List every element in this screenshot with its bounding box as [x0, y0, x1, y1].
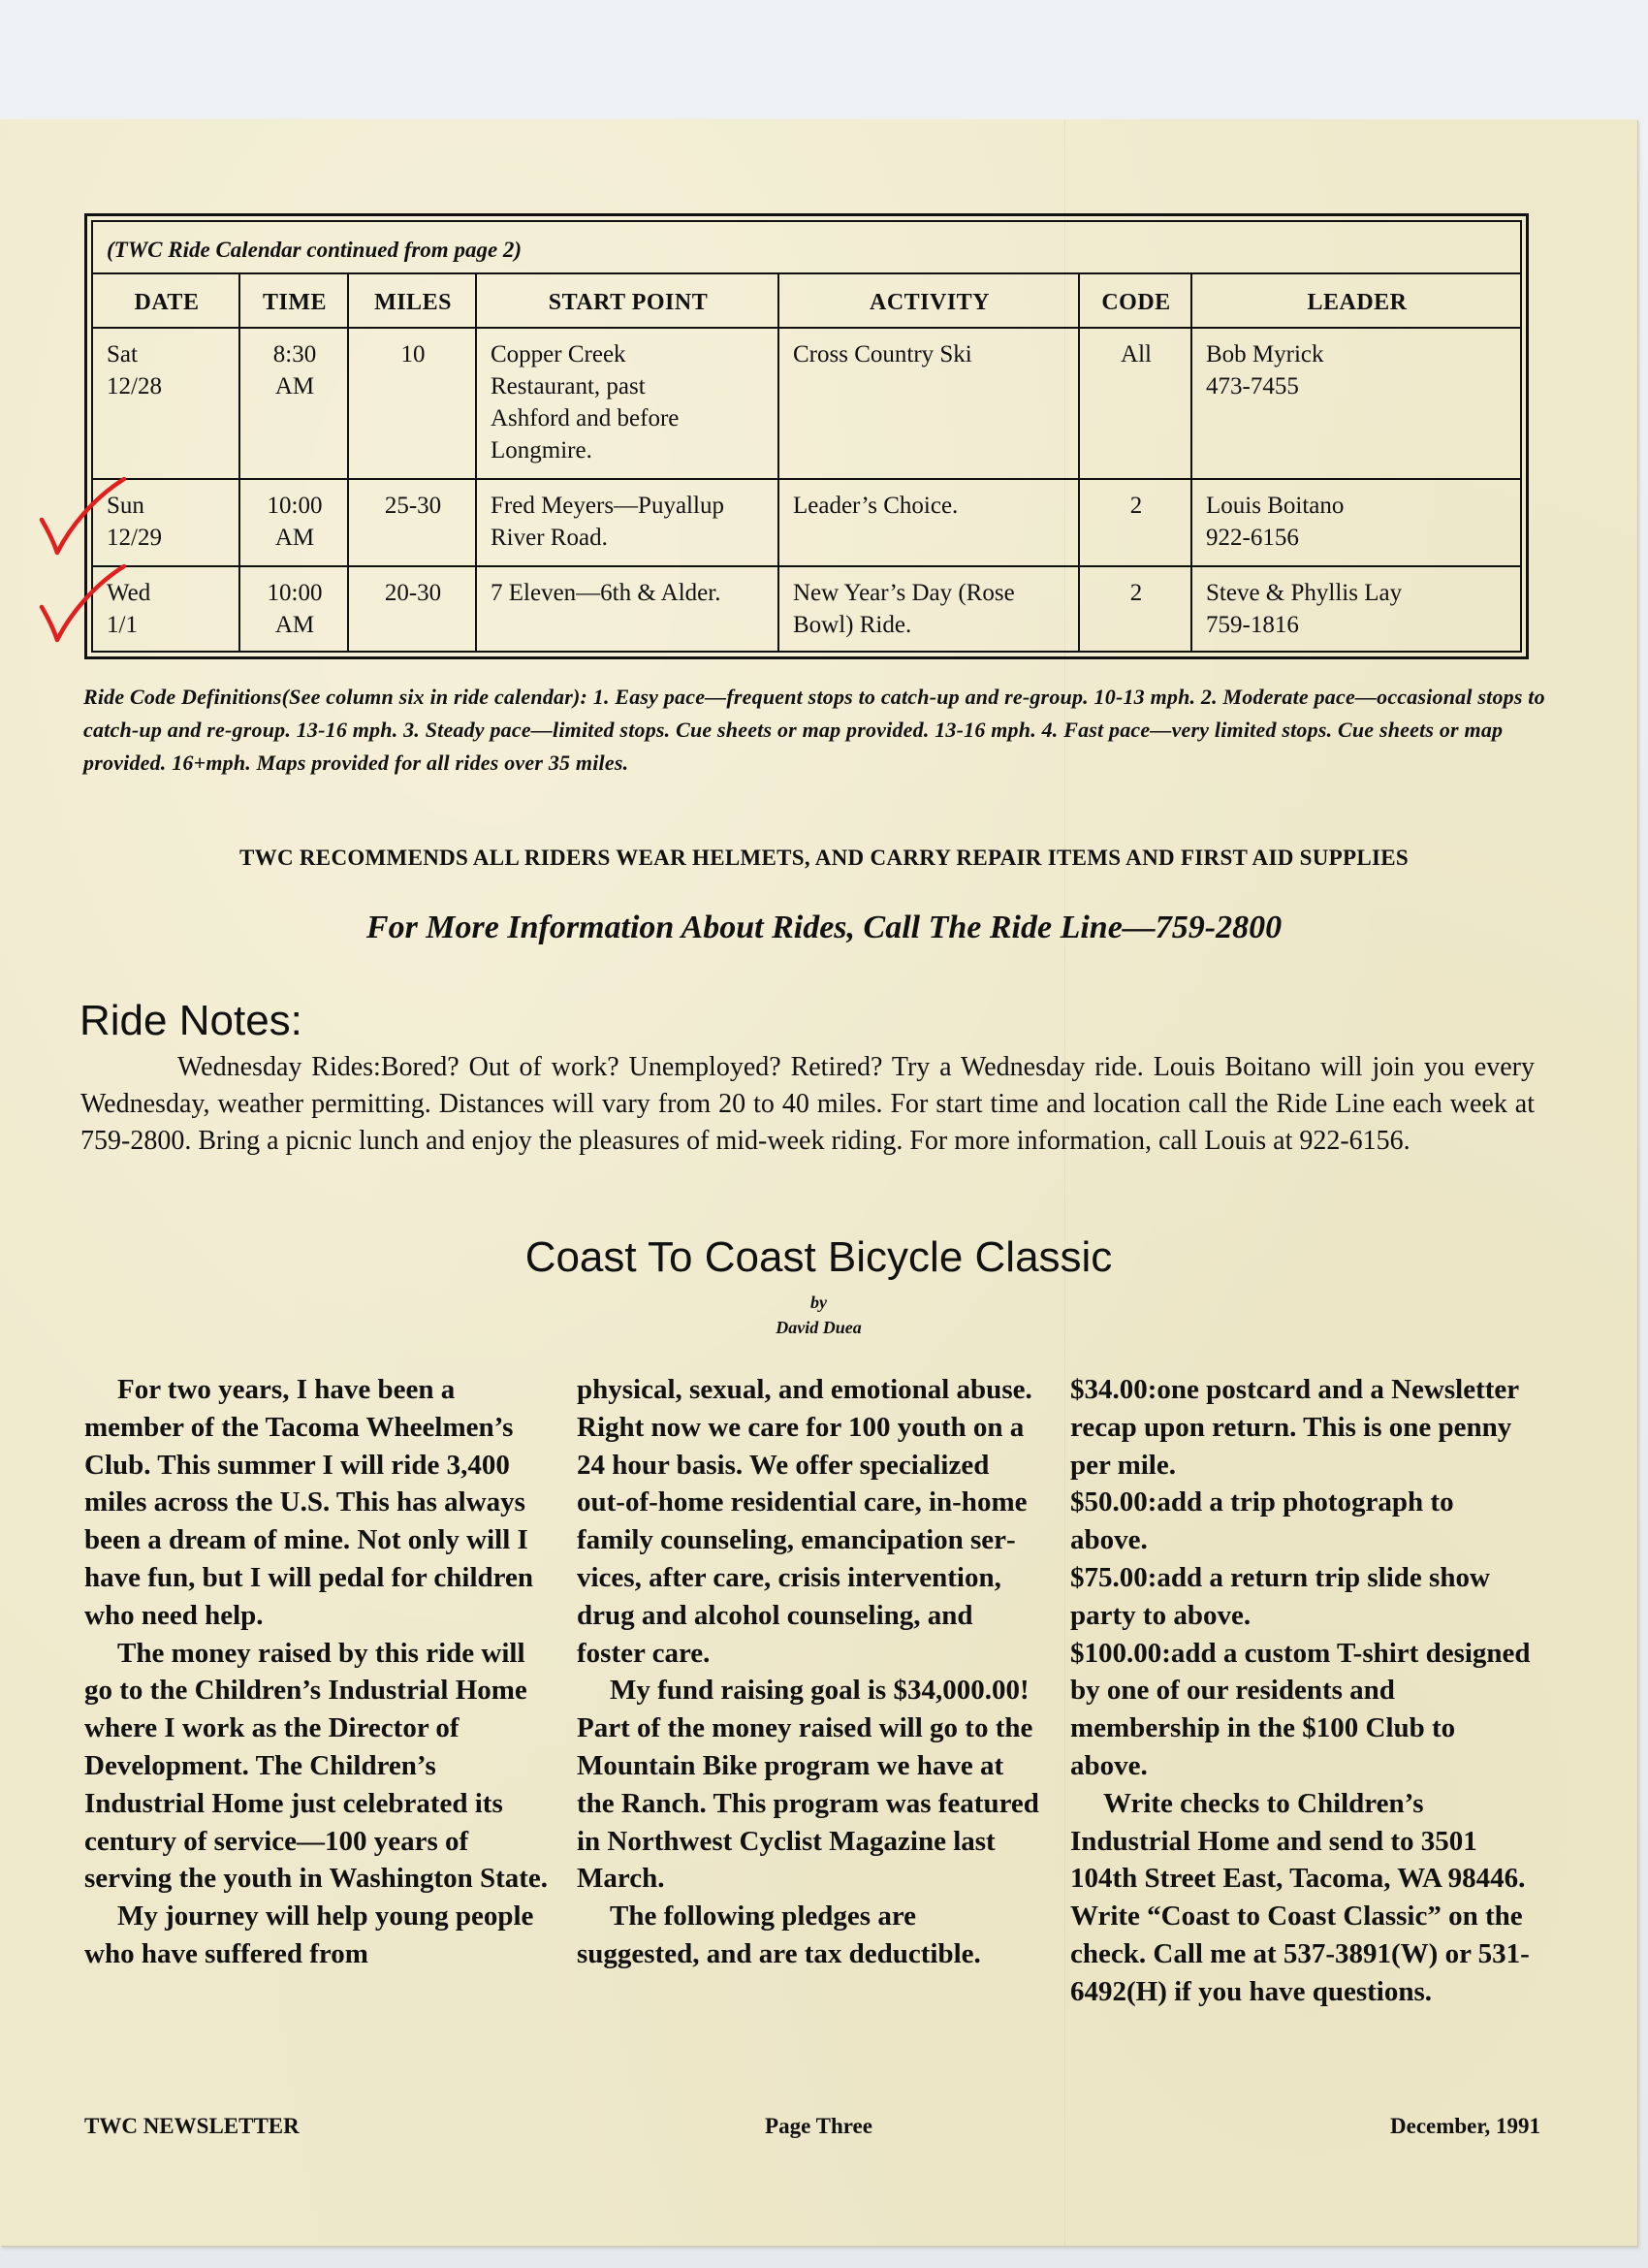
article-byline: by David Duea [0, 1290, 1637, 1340]
cell-start-point: Fred Meyers—PuyallupRiver Road. [476, 479, 778, 566]
cell-line: 8:30 [254, 338, 335, 370]
column-header-time: TIME [239, 273, 348, 328]
table-row: Sat12/288:30AM10Copper CreekRestaurant, … [92, 328, 1521, 478]
column-header-miles: MILES [348, 273, 476, 328]
ride-line-info: For More Information About Rides, Call T… [58, 910, 1590, 946]
table-row: Wed1/110:00AM20-307 Eleven—6th & Alder.N… [92, 566, 1521, 652]
column-header-start-point: START POINT [476, 273, 778, 328]
article-paragraph: My journey will help young people who ha… [84, 1898, 550, 1973]
cell-line: New Year’s Day (Rose [793, 577, 1066, 609]
cell-line: Bob Myrick [1206, 338, 1508, 370]
table-row: Sun12/2910:00AM25-30Fred Meyers—Puyallup… [92, 479, 1521, 566]
cell-miles: 25-30 [348, 479, 476, 566]
cell-line: Leader’s Choice. [793, 490, 1066, 522]
cell-line: 10:00 [254, 490, 335, 522]
cell-line: 473-7455 [1206, 370, 1508, 402]
cell-line: Fred Meyers—Puyallup [491, 490, 766, 522]
cell-code: All [1079, 328, 1191, 478]
cell-line: Ashford and before [491, 402, 766, 434]
column-header-date: DATE [92, 273, 239, 328]
article-column-1: For two years, I have been a member of t… [84, 1371, 550, 1973]
article-paragraph: My fund raising goal is $34,000.00! Part… [577, 1672, 1042, 1898]
cell-time: 10:00AM [239, 566, 348, 652]
column-header-code: CODE [1079, 273, 1191, 328]
article-paragraph: physical, sexual, and emotional abuse. R… [577, 1371, 1042, 1672]
cell-code: 2 [1079, 566, 1191, 652]
cell-start-point: Copper CreekRestaurant, pastAshford and … [476, 328, 778, 478]
safety-recommendation: TWC RECOMMENDS ALL RIDERS WEAR HELMETS, … [58, 846, 1590, 871]
article-paragraph: The following pledges are suggested, and… [577, 1898, 1042, 1973]
cell-leader: Steve & Phyllis Lay759-1816 [1191, 566, 1521, 652]
article-column-3: $34.00:one postcard and a Newsletter rec… [1070, 1371, 1536, 2011]
handwritten-check-icon [39, 564, 126, 644]
column-header-activity: ACTIVITY [778, 273, 1079, 328]
cell-time: 10:00AM [239, 479, 348, 566]
article-paragraph: For two years, I have been a member of t… [84, 1371, 550, 1635]
cell-line: Louis Boitano [1206, 490, 1508, 522]
cell-line: 922-6156 [1206, 522, 1508, 554]
article-column-2: physical, sexual, and emotional abuse. R… [577, 1371, 1042, 1973]
byline-by: by [0, 1290, 1637, 1315]
cell-miles: 10 [348, 328, 476, 478]
article-paragraph: The money raised by this ride will go to… [84, 1635, 550, 1899]
table-header-row: DATETIMEMILESSTART POINTACTIVITYCODELEAD… [92, 273, 1521, 328]
article-paragraph: $34.00:one postcard and a Newsletter rec… [1070, 1371, 1536, 1484]
ride-code-definitions: Ride Code Definitions(See column six in … [83, 681, 1547, 780]
cell-line: Longmire. [491, 434, 766, 466]
footer-date: December, 1991 [1390, 2114, 1540, 2139]
byline-author: David Duea [0, 1315, 1637, 1340]
cell-time: 8:30AM [239, 328, 348, 478]
column-header-leader: LEADER [1191, 273, 1521, 328]
cell-line: Sat [107, 338, 227, 370]
article-title: Coast To Coast Bicycle Classic [0, 1233, 1637, 1282]
cell-leader: Louis Boitano922-6156 [1191, 479, 1521, 566]
article-paragraph: $75.00:add a return trip slide show part… [1070, 1559, 1536, 1635]
calendar-caption: (TWC Ride Calendar continued from page 2… [92, 221, 1521, 273]
cell-line: 7 Eleven—6th & Alder. [491, 577, 766, 609]
cell-line: Restaurant, past [491, 370, 766, 402]
cell-line: Steve & Phyllis Lay [1206, 577, 1508, 609]
cell-leader: Bob Myrick473-7455 [1191, 328, 1521, 478]
cell-activity: Leader’s Choice. [778, 479, 1079, 566]
ride-calendar-table: (TWC Ride Calendar continued from page 2… [84, 213, 1529, 659]
article-paragraph: $100.00:add a custom T-shirt designed by… [1070, 1635, 1536, 1785]
article-paragraph: $50.00:add a trip photograph to above. [1070, 1484, 1536, 1559]
cell-activity: Cross Country Ski [778, 328, 1079, 478]
cell-line: 12/28 [107, 370, 227, 402]
cell-line: AM [254, 522, 335, 554]
ride-notes-heading: Ride Notes: [79, 997, 302, 1045]
ride-notes-body: Wednesday Rides:Bored? Out of work? Unem… [80, 1049, 1535, 1160]
cell-line: Copper Creek [491, 338, 766, 370]
cell-code: 2 [1079, 479, 1191, 566]
handwritten-check-icon [39, 477, 126, 557]
cell-start-point: 7 Eleven—6th & Alder. [476, 566, 778, 652]
cell-activity: New Year’s Day (RoseBowl) Ride. [778, 566, 1079, 652]
cell-line: Cross Country Ski [793, 338, 1066, 370]
cell-line: Bowl) Ride. [793, 609, 1066, 641]
cell-line: AM [254, 370, 335, 402]
cell-date: Sat12/28 [92, 328, 239, 478]
cell-line: 759-1816 [1206, 609, 1508, 641]
cell-line: River Road. [491, 522, 766, 554]
cell-line: AM [254, 609, 335, 641]
article-paragraph: Write checks to Children’s Industrial Ho… [1070, 1785, 1536, 2011]
cell-line: 10:00 [254, 577, 335, 609]
cell-miles: 20-30 [348, 566, 476, 652]
